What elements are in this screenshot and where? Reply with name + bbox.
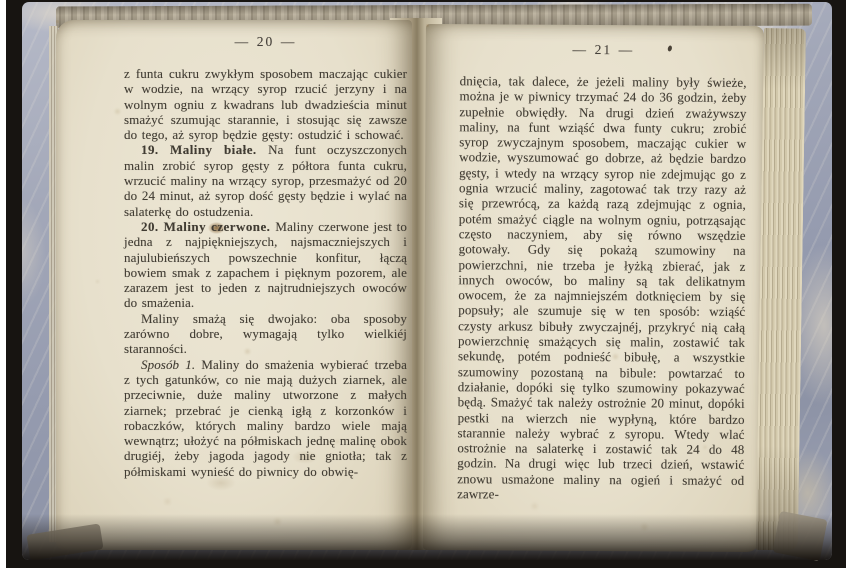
page-number-header: — 21 — [460,40,747,60]
paragraph: dnięcia, tak dalece, że jeżeli maliny by… [457,73,747,503]
right-page-text-block: — 21 — dnięcia, tak dalece, że jeżeli ma… [457,40,747,503]
paragraph: z funta cukru zwykłym sposobem maczając … [124,66,407,142]
page-number-header: — 20 — [124,33,407,51]
worn-corner-bottom-left [26,523,103,560]
recipe-heading-20: 20. Maliny czerwone. [141,219,275,234]
paragraph-body: Maliny smażą się dwojako: oba sposoby za… [124,311,407,357]
recipe-heading-19: 19. Maliny białe. [141,142,268,157]
paragraph: Sposób 1. Maliny do smażenia wybierać tr… [124,357,407,479]
right-fore-edge-stack [756,28,806,551]
paragraph-body: z funta cukru zwykłym sposobem maczając … [124,66,407,142]
method-heading: Sposób 1. [141,357,201,372]
paragraph-body: dnięcia, tak dalece, że jeżeli maliny by… [457,73,747,501]
paragraph-body: Maliny do smażenia wybierać trzeba z tyc… [124,357,407,479]
paragraph: Maliny smażą się dwojako: oba sposoby za… [124,311,407,357]
paragraph: 20. Maliny czerwone. Maliny czerwone jes… [124,219,407,311]
book-marbled-cover: — 20 — z funta cukru zwykłym sposobem ma… [22,2,832,560]
book-scan-photo: — 20 — z funta cukru zwykłym sposobem ma… [0,0,852,568]
left-page: — 20 — z funta cukru zwykłym sposobem ma… [56,20,412,550]
left-page-text-block: — 20 — z funta cukru zwykłym sposobem ma… [124,33,407,479]
foxing-spots [56,20,59,23]
worn-corner-bottom-right [772,511,827,561]
foxing-spots [426,24,429,27]
right-page: — 21 — dnięcia, tak dalece, że jeżeli ma… [423,24,764,552]
paragraph: 19. Maliny białe. Na funt oczyszczonych … [124,142,407,218]
